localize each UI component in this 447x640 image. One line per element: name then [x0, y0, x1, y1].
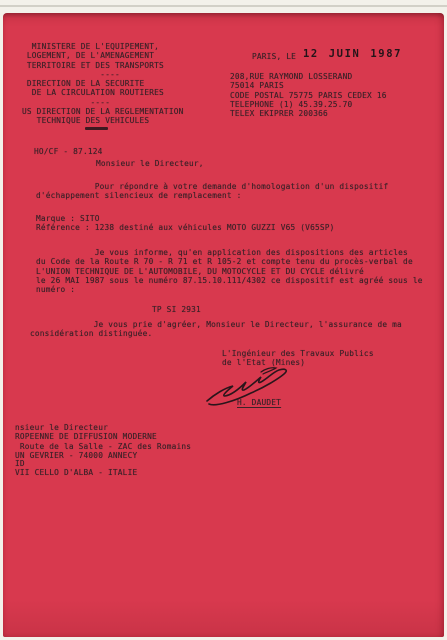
- device-details-block: Marque : SITO Référence : 1238 destiné a…: [36, 214, 335, 233]
- paragraph-approval: Je vous informe, qu'en application des d…: [36, 248, 423, 294]
- date-stamp: 12 JUIN 1987: [303, 48, 402, 60]
- scanner-edge-artifact: [0, 5, 447, 7]
- paragraph-closing: Je vous prie d'agréer, Monsieur le Direc…: [30, 320, 402, 339]
- header-rule-mark: [85, 127, 108, 130]
- salutation: Monsieur le Directeur,: [96, 159, 204, 168]
- reference-number: HO/CF - 87.124: [34, 147, 103, 156]
- ministry-header-block: MINISTERE DE L'EQUIPEMENT, LOGEMENT, DE …: [22, 42, 184, 126]
- recipient-address-block: nsieur le Directeur ROPEENNE DE DIFFUSIO…: [15, 423, 191, 460]
- sender-address-block: 208,RUE RAYMOND LOSSERAND 75014 PARIS CO…: [230, 72, 387, 118]
- scanned-letter-screenshot: { "colors":{ "paper":"#d8394e", "ink":"#…: [0, 0, 447, 640]
- paragraph-intro: Pour répondre à votre demande d'homologa…: [36, 182, 388, 201]
- city-date-label: PARIS, LE: [252, 52, 296, 61]
- signer-name: H. DAUDET: [237, 398, 281, 407]
- cc-note: ID VII CELLO D'ALBA - ITALIE: [15, 459, 137, 478]
- approval-number: TP SI 2931: [152, 305, 201, 314]
- red-paper-page: MINISTERE DE L'EQUIPEMENT, LOGEMENT, DE …: [3, 13, 444, 637]
